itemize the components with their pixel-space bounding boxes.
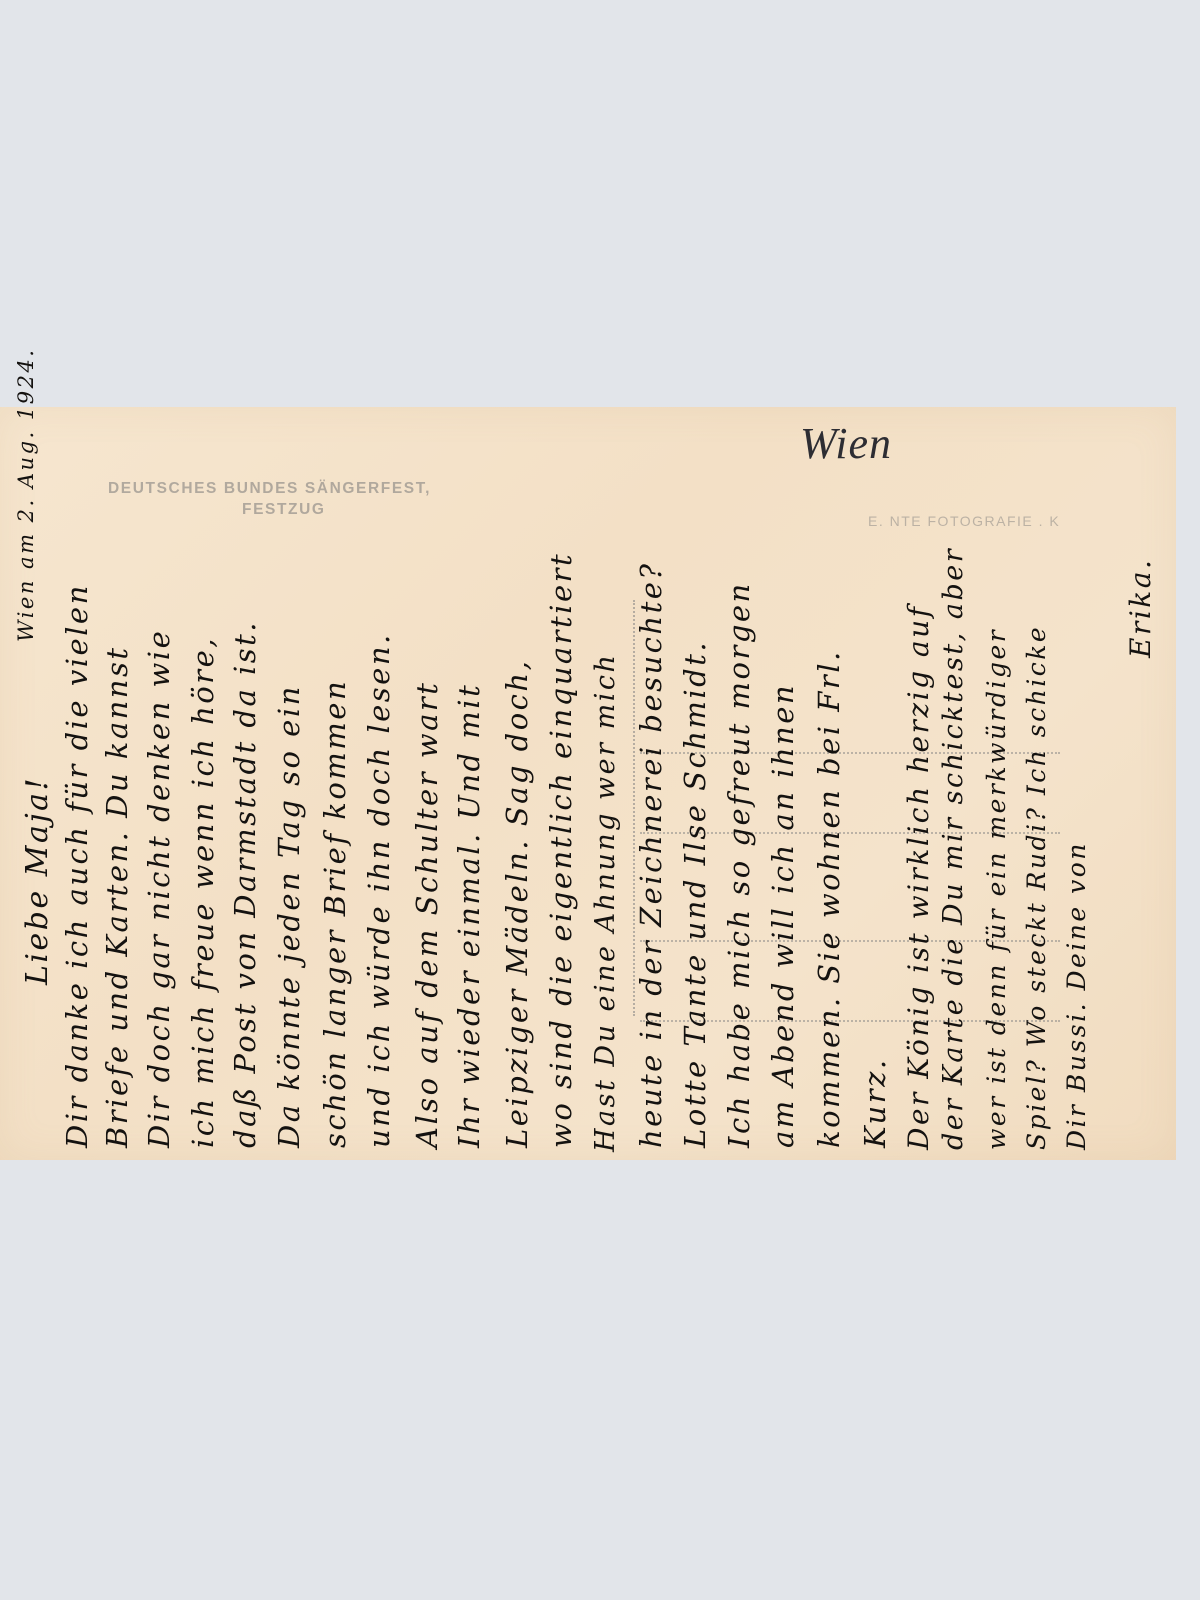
letter-line: Hast Du eine Ahnung wer mich [590, 653, 621, 1152]
printed-publisher-imprint: E. NTE FOTOGRAFIE . K [868, 513, 1060, 529]
printed-caption-line2: FESTZUG [108, 499, 431, 520]
printed-caption-line1: DEUTSCHES BUNDES SÄNGERFEST, [108, 480, 431, 497]
letter-line: Da könnte jeden Tag so ein [272, 684, 306, 1148]
letter-line: Der König ist wirklich herzig auf [902, 604, 935, 1150]
letter-line: schön langer Brief kommen [318, 679, 352, 1148]
letter-line: ich mich freue wenn ich höre, [186, 636, 220, 1148]
letter-line: Dir danke ich auch für die vielen [60, 583, 94, 1148]
letter-line: Kurz. [858, 1057, 892, 1148]
letter-line: der Karte die Du mir schicktest, aber [938, 547, 969, 1150]
letter-line: kommen. Sie wohnen bei Frl. [812, 649, 846, 1148]
letter-line: heute in der Zeichnerei besuchte? [634, 562, 668, 1148]
letter-line: am Abend will ich an ihnen [766, 683, 800, 1148]
letter-salutation: Liebe Maja! [20, 776, 55, 985]
letter-line: wo sind die eigentlich einquartiert [544, 552, 578, 1148]
letter-line: Briefe und Karten. Du kannst [100, 645, 134, 1148]
printed-caption: DEUTSCHES BUNDES SÄNGERFEST, FESTZUG [108, 478, 431, 520]
letter-line: Ich habe mich so gefreut morgen [722, 581, 756, 1148]
letter-line: wer ist denn für ein merkwürdiger [982, 628, 1011, 1150]
letter-dateline: Wien am 2. Aug. 1924. [14, 348, 38, 642]
letter-line: und ich würde ihn doch lesen. [362, 632, 396, 1148]
pencil-note-wien: Wien [800, 418, 892, 469]
letter-line: Lotte Tante und Ilse Schmidt. [678, 640, 712, 1148]
letter-line: Leipziger Mädeln. Sag doch, [500, 659, 534, 1148]
letter-line: Dir Bussi. Deine von [1062, 841, 1091, 1150]
letter-line: Dir doch gar nicht denken wie [142, 629, 176, 1148]
letter-line: Spiel? Wo steckt Rudi? Ich schicke [1022, 625, 1051, 1150]
letter-line: Ihr wieder einmal. Und mit [452, 683, 486, 1148]
letter-signature: Erika. [1124, 558, 1157, 658]
image-viewer: DEUTSCHES BUNDES SÄNGERFEST, FESTZUG E. … [0, 0, 1200, 1600]
letter-line: daß Post von Darmstadt da ist. [228, 620, 262, 1148]
letter-line: Also auf dem Schulter wart [410, 681, 444, 1148]
